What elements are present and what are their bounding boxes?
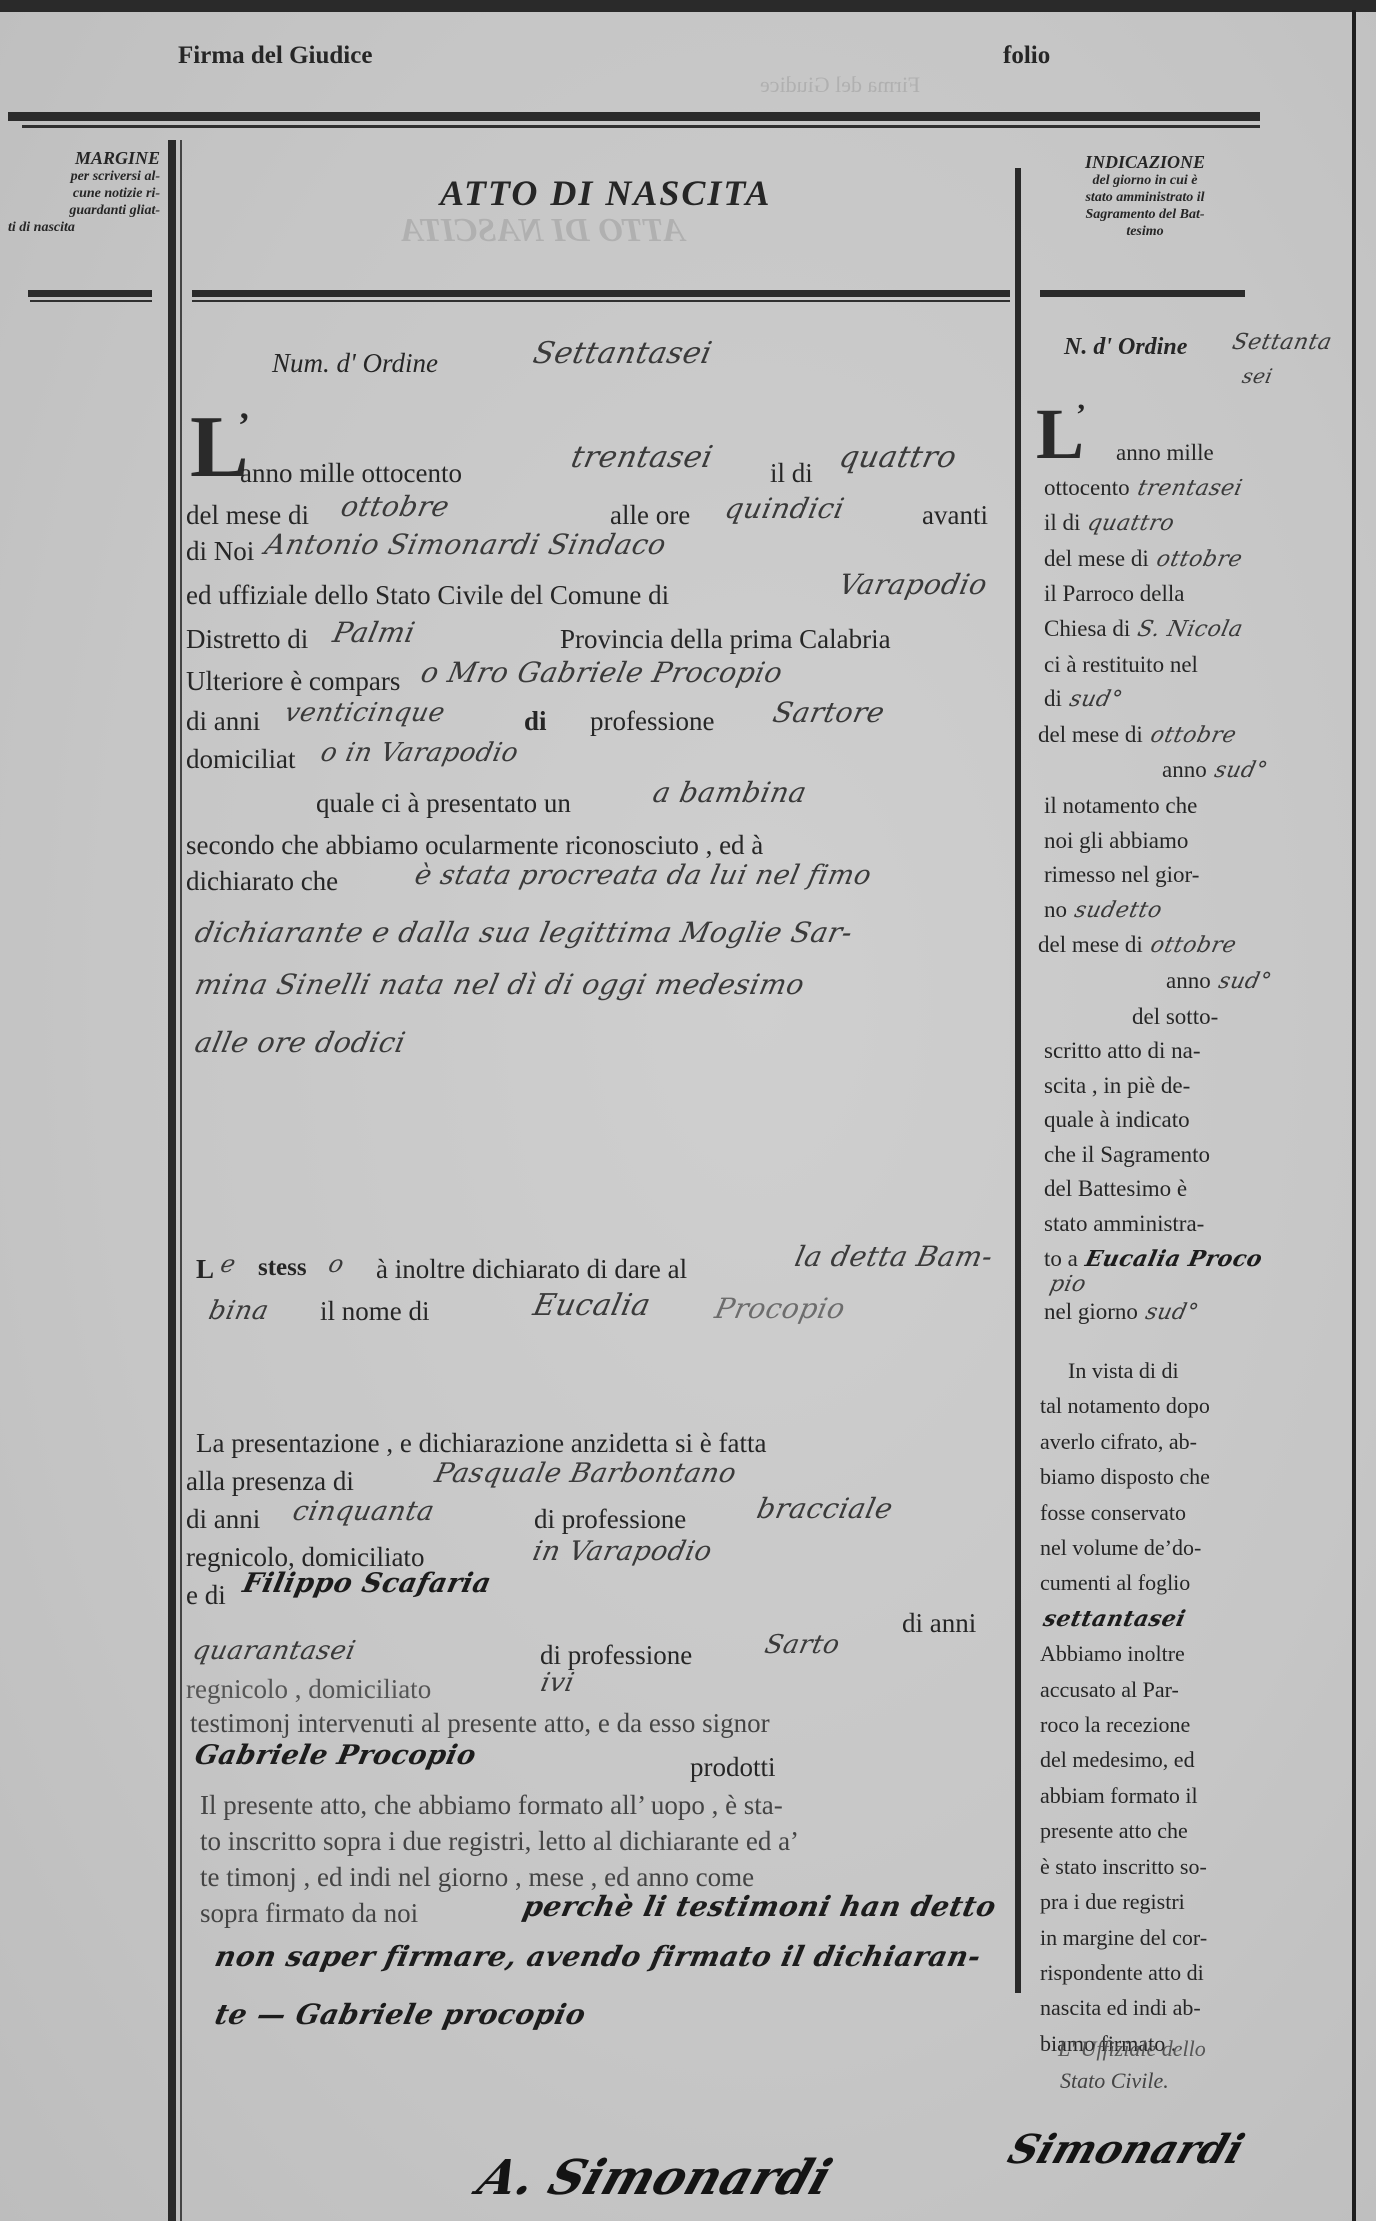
handwritten-witness2-profession: Sarto [762,1630,843,1660]
right-row: il Parroco della [1044,577,1254,612]
right-row: del mese diottobre [1038,928,1254,964]
right-row-text: di [1044,686,1062,711]
text-line: stess [258,1254,307,1282]
top-rule-thick [8,112,1260,121]
right-row: nel giornosud° [1044,1295,1254,1331]
handwritten-month: ottobre [338,490,453,523]
handwritten-hour: quindici [722,492,847,525]
text-line: to inscritto sopra i due registri, letto… [200,1826,799,1857]
signature-left: A. Simonardi [471,2150,839,2206]
right-row-text: il Parroco della [1044,581,1185,606]
right-row: ottocentotrentasei [1044,471,1254,507]
top-rule-thin [22,125,1260,128]
right-row-text: noi gli abbiamo [1044,828,1188,853]
right-row-text: accusato al Par- [1040,1677,1179,1702]
indication-line: del giorno in cui è [1040,172,1250,189]
right-row: scita , in piè de- [1044,1069,1254,1104]
right-row-handwriting: settantasei [1040,1602,1189,1636]
text-line: il di [770,458,813,489]
handwritten-district: Palmi [330,616,418,649]
right-row: il diquattro [1044,506,1254,542]
right-row: quale à indicato [1044,1103,1254,1138]
margin-title: MARGINE [8,148,160,168]
handwritten-domicile: o in Varapodio [318,738,521,768]
title-rule-thin [192,300,1010,302]
text-line: Ulteriore è compars [186,666,400,697]
right-row: pra i due registri [1040,1885,1252,1920]
right-row-handwriting: sud° [1215,965,1275,1000]
right-row-text: rimesso nel gior- [1044,862,1199,887]
right-row-text: anno mille [1116,440,1214,465]
handwritten-year: trentasei [568,440,716,475]
indication-title: INDICAZIONE [1040,152,1250,172]
right-row: in margine del cor- [1040,1921,1252,1956]
right-row: del sotto- [1044,1000,1254,1035]
order-number-value: Settantasei [530,336,715,371]
right-row-text: no [1044,897,1067,922]
dropcap-apostrophe: ’ [238,404,250,446]
right-row: settantasei [1040,1602,1252,1637]
handwritten-note: perchè li testimoni han detto [520,1890,999,1923]
right-row: pio [1044,1276,1254,1295]
right-row: fosse conservato [1040,1496,1252,1531]
right-row: roco la recezione [1040,1708,1252,1743]
text-line: te timonj , ed indi nel giorno , mese , … [200,1862,754,1893]
right-order-value: Settanta [1230,330,1334,355]
handwritten-suffix: o [326,1250,347,1278]
right-row-text: il notamento che [1044,793,1197,818]
handwritten-article: e [218,1250,239,1278]
text-line: di anni [186,706,260,737]
text-line: alla presenza di [186,1466,354,1497]
bleed-through-header: Firma del Giudice [760,72,920,98]
text-line: anno mille ottocento [240,458,462,489]
indication-line: Sagramento del Bat- [1040,206,1250,223]
officer-title-line1: L' Uffiziale dello [1058,2036,1206,2062]
right-row-text: roco la recezione [1040,1712,1190,1737]
right-row: anno mille [1044,436,1254,471]
right-row: biamo disposto che [1040,1460,1252,1495]
handwritten-witness1-name: Pasquale Barbontano [432,1458,739,1489]
handwritten-witness2-domicile: ivi [538,1668,577,1698]
text-line: di anni [186,1504,260,1535]
handwritten-declarant: o Mro Gabriele Procopio [418,656,786,689]
right-row-text: presente atto che [1040,1818,1188,1843]
margin-line: per scriversi al- [8,168,160,185]
right-row-text: del mese di [1038,932,1143,957]
left-column-rule-thin [180,140,182,2221]
handwritten-child-sex: a bambina [650,776,810,809]
text-line: di professione [540,1640,692,1671]
handwritten-witness2-age: quarantasei [190,1636,358,1666]
text-line: di [524,706,547,737]
right-row: del mese diottobre [1044,542,1254,578]
right-row: il notamento che [1044,789,1254,824]
judge-signature-label: Firma del Giudice [178,42,372,70]
right-row-text: Abbiamo inoltre [1040,1641,1185,1666]
right-column-rule [1015,168,1021,1993]
right-row-text: scritto atto di na- [1044,1038,1201,1063]
left-column-rule [168,140,176,2221]
right-row-text: del medesimo, ed [1040,1747,1195,1772]
right-header-rule [1040,290,1245,297]
handwritten-witness1-age: cinquanta [290,1496,437,1527]
right-row-text: che il Sagramento [1044,1142,1210,1167]
right-row: nosudetto [1044,893,1254,929]
handwritten-declaration: è stata procreata da lui nel fimo [412,860,874,891]
right-row: disud° [1044,682,1254,718]
right-row-text: del sotto- [1132,1004,1218,1029]
left-margin-header: MARGINE per scriversi al- cune notizie r… [8,148,160,236]
right-row-text: averlo cifrato, ab- [1040,1429,1197,1454]
bleed-through-title: ATTO DI NASCITA [400,212,685,250]
text-line: il nome di [320,1296,430,1327]
right-row: noi gli abbiamo [1044,824,1254,859]
right-order-label: N. d' Ordine [1064,334,1187,361]
right-row-text: to a [1044,1246,1078,1271]
text-line: Distretto di [186,624,308,655]
right-row-text: ci à restituito nel [1044,652,1198,677]
scan-top-edge [0,0,1376,12]
right-row-handwriting: S. Nicola [1134,613,1246,648]
handwritten-declaration: mina Sinelli nata nel dì di oggi medesim… [192,968,808,1001]
right-row-handwriting: sudetto [1071,894,1165,929]
right-row-text: del mese di [1044,546,1149,571]
right-row-text: ottocento [1044,475,1130,500]
right-row: nascita ed indi ab- [1040,1991,1252,2026]
right-row: scritto atto di na- [1044,1034,1254,1069]
text-line: prodotti [690,1752,776,1783]
handwritten-witness1-profession: bracciale [754,1492,896,1525]
right-row-text: quale à indicato [1044,1107,1190,1132]
right-row-handwriting: quattro [1084,507,1178,542]
right-row: cumenti al foglio [1040,1566,1252,1601]
right-row-text: Chiesa di [1044,616,1130,641]
text-line: e di [186,1580,226,1611]
right-row-text: cumenti al foglio [1040,1570,1190,1595]
handwritten-mayor: Antonio Simonardi Sindaco [262,528,669,561]
right-row: ci à restituito nel [1044,648,1254,683]
right-row-text: fosse conservato [1040,1500,1186,1525]
text-line: à inoltre dichiarato di dare al [376,1254,687,1285]
right-column-header: INDICAZIONE del giorno in cui è stato am… [1040,152,1250,240]
right-row: rispondente atto di [1040,1956,1252,1991]
right-row-text: nascita ed indi ab- [1040,1995,1201,2020]
text-line: di professione [534,1504,686,1535]
right-row-handwriting: ottobre [1147,719,1240,754]
register-page: Firma del Giudice ATTO DI NASCITA Firma … [0,0,1376,2221]
margin-rule-thin [30,300,152,302]
text-line: L [196,1254,214,1285]
text-line: Il presente atto, che abbiamo formato al… [200,1790,783,1821]
order-number-label: Num. d' Ordine [272,348,438,379]
right-row-text: in margine del cor- [1040,1925,1207,1950]
right-row: del Battesimo è [1044,1172,1254,1207]
handwritten-child-surname: Procopio [712,1292,848,1325]
right-row-text: nel volume de’do- [1040,1535,1201,1560]
right-row-text: il di [1044,510,1080,535]
handwritten-witness1-domicile: in Varapodio [530,1536,715,1567]
right-row: è stato inscritto so- [1040,1850,1252,1885]
right-order-value-cont: sei [1240,364,1275,388]
right-row-text: anno [1166,968,1211,993]
text-line: quale ci à presentato un [316,788,571,819]
indication-line: stato amministrato il [1040,189,1250,206]
right-row-text: anno [1162,757,1207,782]
handwritten-note: non saper firmare, avendo firmato il dic… [212,1940,984,1973]
right-row-handwriting: pio [1048,1276,1088,1294]
right-row-handwriting: sud° [1142,1296,1202,1331]
right-row-text: nel giorno [1044,1299,1138,1324]
right-row: del mese diottobre [1038,718,1254,754]
text-line: La presentazione , e dichiarazione anzid… [196,1428,766,1459]
margin-rule [28,290,152,297]
signature-right: Simonardi [1002,2126,1250,2173]
right-row-handwriting: trentasei [1134,472,1246,507]
margin-line: cune notizie ri- [8,185,160,202]
handwritten-age: venticinque [282,698,448,728]
right-row-handwriting: sud° [1211,754,1271,789]
margin-line: guardanti gliat- [8,202,160,219]
handwritten-witness2-name: Filippo Scafaria [240,1568,494,1599]
handwritten-child-ref: la detta Bam- [792,1240,996,1273]
right-row-handwriting: ottobre [1147,929,1240,964]
right-row: Abbiamo inoltre [1040,1637,1252,1672]
handwritten-day: quattro [836,440,960,475]
right-column-rows-2: In vista di di tal notamento dopo averlo… [1040,1354,1252,2062]
page-right-edge [1352,10,1356,2221]
right-row: stato amministra- [1044,1207,1254,1242]
text-line: di Noi [186,536,254,567]
right-row-text: stato amministra- [1044,1211,1204,1236]
folio-label: folio [1003,42,1050,70]
indication-line: tesimo [1040,223,1250,240]
right-column-rows: anno mille ottocentotrentasei il diquatt… [1044,436,1254,1331]
right-row-text: pra i due registri [1040,1889,1185,1914]
text-line: regnicolo , domiciliato [186,1674,431,1705]
handwritten-declaration: dichiarante e dalla sua legittima Moglie… [192,916,856,949]
text-line: sopra firmato da noi [200,1898,418,1929]
text-line: secondo che abbiamo ocularmente riconosc… [186,830,763,861]
text-line: avanti [922,500,988,531]
right-row-text: tal notamento dopo [1040,1393,1210,1418]
title-rule [192,290,1010,297]
text-line: professione [590,706,714,737]
text-line: ed uffiziale dello Stato Civile del Comu… [186,580,669,611]
right-row-text: abbiam formato il [1040,1783,1198,1808]
right-row: abbiam formato il [1040,1779,1252,1814]
text-line: testimonj intervenuti al presente atto, … [190,1708,770,1739]
right-row-text: rispondente atto di [1040,1960,1204,1985]
margin-line: ti di nascita [8,219,160,236]
text-line: Provincia della prima Calabria [560,624,891,655]
right-row: annosud° [1044,753,1254,789]
text-line: del mese di [186,500,309,531]
text-line: alle ore [610,500,690,531]
handwritten-child-name: Eucalia [530,1288,654,1323]
right-row-text: del Battesimo è [1044,1176,1187,1201]
document-title: ATTO DI NASCITA [440,172,771,214]
text-line: dichiarato che [186,866,338,897]
right-row: presente atto che [1040,1814,1252,1849]
right-row-text: del mese di [1038,722,1143,747]
right-row: nel volume de’do- [1040,1531,1252,1566]
handwritten-profession: Sartore [770,696,888,729]
handwritten-child-ref: bina [206,1296,272,1326]
right-row: tal notamento dopo [1040,1389,1252,1424]
handwritten-note: te — Gabriele procopio [212,1998,589,2031]
handwritten-comune: Varapodio [836,568,990,601]
handwritten-producer: Gabriele Procopio [192,1740,479,1771]
officer-title-line2: Stato Civile. [1060,2068,1169,2094]
right-row-handwriting: sud° [1066,683,1126,718]
right-row: rimesso nel gior- [1044,858,1254,893]
right-row: che il Sagramento [1044,1138,1254,1173]
right-row-text: scita , in piè de- [1044,1073,1190,1098]
right-row: accusato al Par- [1040,1673,1252,1708]
right-row: Chiesa diS. Nicola [1044,612,1254,648]
right-row-handwriting: ottobre [1153,543,1246,578]
right-row-text: In vista di di [1068,1358,1179,1383]
right-row: annosud° [1044,964,1254,1000]
right-row: averlo cifrato, ab- [1040,1425,1252,1460]
right-row-handwriting: Eucalia Proco [1082,1242,1266,1277]
text-line: di anni [902,1608,976,1639]
right-row-text: è stato inscritto so- [1040,1854,1207,1879]
right-row: del medesimo, ed [1040,1743,1252,1778]
right-dropcap-apostrophe: ’ [1076,398,1086,432]
handwritten-declaration: alle ore dodici [192,1026,409,1059]
text-line: domiciliat [186,744,295,775]
right-row: In vista di di [1040,1354,1252,1389]
right-row-text: biamo disposto che [1040,1464,1210,1489]
